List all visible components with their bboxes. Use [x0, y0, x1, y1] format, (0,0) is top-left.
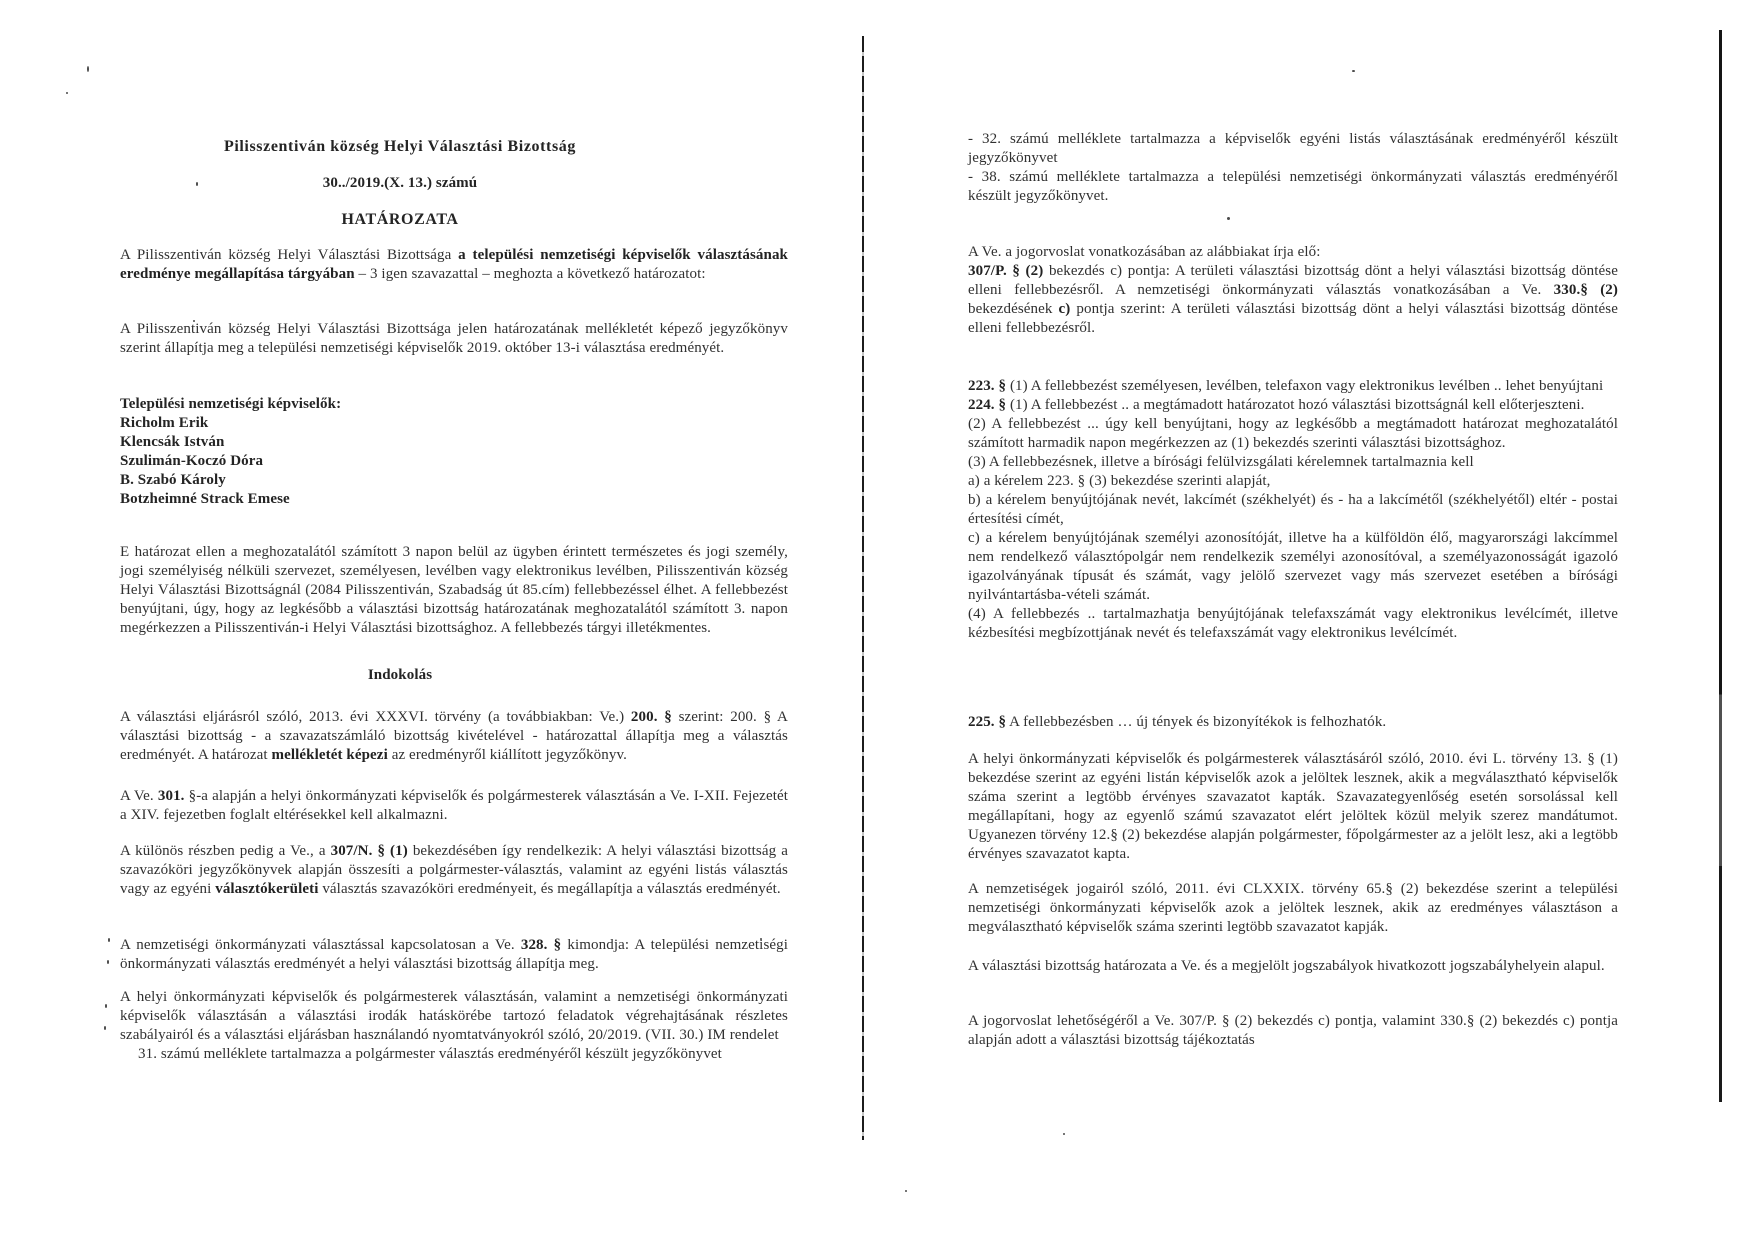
scan-speck	[1063, 1133, 1065, 1135]
paragraph-225: 225. § A fellebbezésben … új tények és b…	[968, 713, 1618, 732]
scan-speck	[66, 92, 68, 94]
representative-name: B. Szabó Károly	[120, 471, 788, 490]
paragraph-ve-328: A nemzetiségi önkormányzati választással…	[120, 936, 788, 974]
paragraph-ve-307n: A különös részben pedig a Ve., a 307/N. …	[120, 842, 788, 899]
scan-speck	[905, 1190, 907, 1192]
committee-title: Pilisszentiván község Helyi Választási B…	[120, 137, 680, 156]
representative-name: Szulimán-Koczó Dóra	[120, 452, 788, 471]
scan-speck	[107, 960, 109, 964]
scan-speck	[105, 1004, 107, 1008]
paragraph-224-2: (2) A fellebbezést ... úgy kell benyújta…	[968, 415, 1618, 453]
reasoning-heading: Indokolás	[120, 666, 680, 685]
paragraph-307p: 307/P. § (2) bekezdés c) pontja: A terül…	[968, 262, 1618, 338]
appeal-rules-block: 223. § (1) A fellebbezést személyesen, l…	[968, 377, 1618, 643]
representatives-list: Települési nemzetiségi képviselők: Richo…	[120, 395, 788, 509]
scan-edge-line	[1719, 30, 1722, 1102]
paragraph-223: 223. § (1) A fellebbezést személyesen, l…	[968, 377, 1618, 396]
scan-speck	[1352, 70, 1355, 72]
paragraph-224-3a: a) a kérelem 223. § (3) bekezdése szerin…	[968, 472, 1618, 491]
scan-speck	[87, 66, 89, 72]
annex-list-block: - 32. számú melléklete tartalmazza a kép…	[968, 130, 1618, 206]
paragraph-224-3c: c) a kérelem benyújtójának személyi azon…	[968, 529, 1618, 605]
paragraph-annex-statement: A Pilisszentiván község Helyi Választási…	[120, 320, 788, 358]
paragraph-224-3b: b) a kérelem benyújtójának nevét, lakcím…	[968, 491, 1618, 529]
scan-speck	[1227, 217, 1230, 220]
page-fold-line	[862, 36, 864, 1140]
paragraph-basis: A választási bizottság határozata a Ve. …	[968, 957, 1618, 976]
paragraph-annex-31: 31. számú melléklete tartalmazza a polgá…	[120, 1045, 788, 1064]
scan-speck	[760, 938, 762, 940]
decision-heading: HATÁROZATA	[120, 210, 680, 229]
scan-speck	[196, 182, 198, 186]
scan-speck	[193, 320, 195, 322]
paragraph-law-2011: A nemzetiségek jogairól szóló, 2011. évi…	[968, 880, 1618, 937]
scan-speck	[104, 1026, 106, 1030]
paragraph-intro: A Pilisszentiván község Helyi Választási…	[120, 246, 788, 284]
decree-block: A helyi önkormányzati képviselők és polg…	[120, 988, 788, 1064]
decision-number: 30../2019.(X. 13.) számú	[120, 174, 680, 193]
paragraph-appeal: E határozat ellen a meghozatalától számí…	[120, 543, 788, 638]
representative-name: Klencsák István	[120, 433, 788, 452]
paragraph-ve-301: A Ve. 301. §-a alapján a helyi önkormány…	[120, 787, 788, 825]
paragraph-annex-32: - 32. számú melléklete tartalmazza a kép…	[968, 130, 1618, 168]
paragraph-remedy-info: A jogorvoslat lehetőségéről a Ve. 307/P.…	[968, 1012, 1618, 1050]
representative-name: Richolm Erik	[120, 414, 788, 433]
remedy-block: A Ve. a jogorvoslat vonatkozásában az al…	[968, 243, 1618, 338]
representatives-heading: Települési nemzetiségi képviselők:	[120, 395, 788, 414]
scan-speck	[108, 938, 110, 942]
paragraph-224-3: (3) A fellebbezésnek, illetve a bírósági…	[968, 453, 1618, 472]
paragraph-im-decree: A helyi önkormányzati képviselők és polg…	[120, 988, 788, 1045]
paragraph-ve-200: A választási eljárásról szóló, 2013. évi…	[120, 708, 788, 765]
representative-name: Botzheimné Strack Emese	[120, 490, 788, 509]
paragraph-224: 224. § (1) A fellebbezést .. a megtámado…	[968, 396, 1618, 415]
paragraph-remedy-intro: A Ve. a jogorvoslat vonatkozásában az al…	[968, 243, 1618, 262]
paragraph-annex-38: - 38. számú melléklete tartalmazza a tel…	[968, 168, 1618, 206]
paragraph-224-4: (4) A fellebbezés .. tartalmazhatja beny…	[968, 605, 1618, 643]
scanned-document: Pilisszentiván község Helyi Választási B…	[0, 0, 1754, 1240]
paragraph-law-2010: A helyi önkormányzati képviselők és polg…	[968, 750, 1618, 864]
